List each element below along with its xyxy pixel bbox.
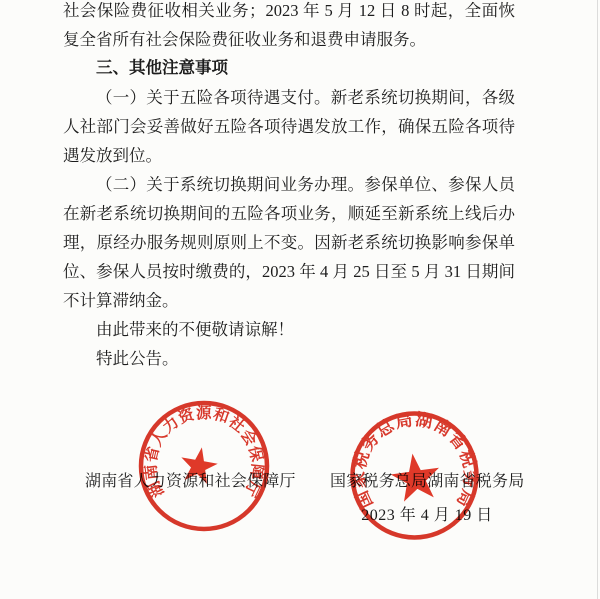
right-official-seal-icon: 国家税务总局湖南省税务局: [346, 407, 483, 544]
text-line: 位、参保人员按时缴费的，2023 年 4 月 25 日至 5 月 31 日期间: [63, 257, 515, 286]
text-line: 人社部门会妥善做好五险各项待遇发放工作，确保五险各项待: [63, 112, 515, 141]
text-line: 三、其他注意事项: [63, 54, 515, 83]
text-line: （一）关于五险各项待遇支付。新老系统切换期间，各级: [63, 83, 515, 112]
star-icon: [178, 444, 220, 485]
text-line: 不计算滞纳金。: [63, 286, 515, 315]
document-body: 社会保险费征收相关业务；2023 年 5 月 12 日 8 时起，全面恢复全省所…: [63, 0, 515, 373]
text-line: 遇发放到位。: [63, 141, 515, 170]
text-line: 由此带来的不便敬请谅解！: [63, 315, 515, 344]
left-official-seal-icon: 湖南省人力资源和社会保障厅: [136, 398, 272, 534]
text-line: 特此公告。: [63, 344, 515, 373]
text-line: 社会保险费征收相关业务；2023 年 5 月 12 日 8 时起，全面恢: [63, 0, 515, 25]
text-line: （二）关于系统切换期间业务办理。参保单位、参保人员: [63, 170, 515, 199]
star-icon: [388, 450, 443, 503]
text-line: 复全省所有社会保险费征收业务和退费申请服务。: [63, 25, 515, 54]
text-line: 在新老系统切换期间的五险各项业务，顺延至新系统上线后办: [63, 199, 515, 228]
text-line: 理，原经办服务规则原则上不变。因新老系统切换影响参保单: [63, 228, 515, 257]
scan-edge-line: [597, 0, 598, 599]
notice-document-page: 社会保险费征收相关业务；2023 年 5 月 12 日 8 时起，全面恢复全省所…: [0, 0, 600, 599]
